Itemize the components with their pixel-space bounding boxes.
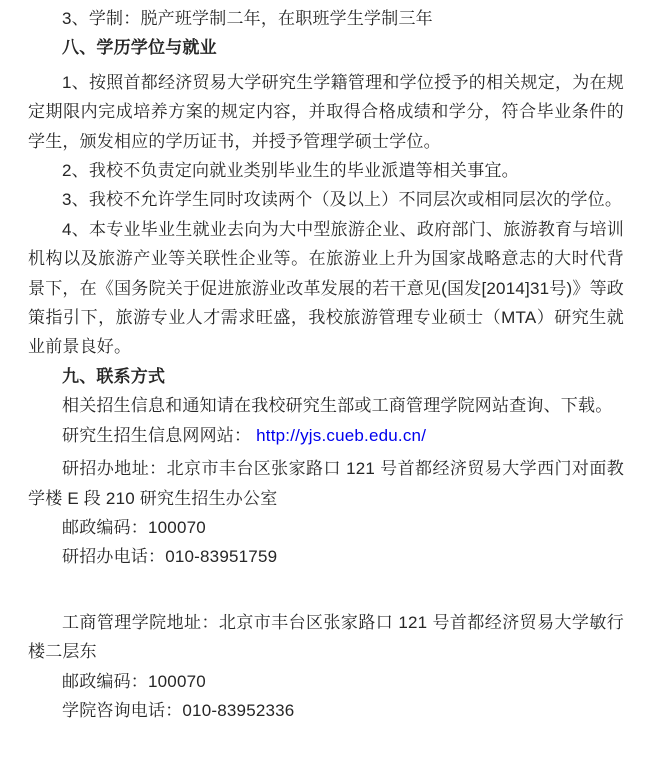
website-label: 研究生招生信息网网站： xyxy=(62,426,251,445)
paragraph-school-phone: 学院咨询电话：010-83952336 xyxy=(28,696,624,725)
study-system-paragraph: 3、学制：脱产班学制二年，在职班学生学制三年 xyxy=(28,4,624,33)
paragraph-admissions-office-address: 研招办地址：北京市丰台区张家路口 121 号首都经济贸易大学西门对面教学楼 E … xyxy=(28,454,624,513)
paragraph-postal-code-1: 邮政编码：100070 xyxy=(28,513,624,542)
website-line: 研究生招生信息网网站： http://yjs.cueb.edu.cn/ xyxy=(28,421,624,450)
paragraph-admissions-office-phone: 研招办电话：010-83951759 xyxy=(28,542,624,571)
section-heading-contact: 九、联系方式 xyxy=(28,362,624,391)
paragraph-business-school-address: 工商管理学院地址：北京市丰台区张家路口 121 号首都经济贸易大学敏行楼二层东 xyxy=(28,608,624,667)
paragraph-degree-rules: 1、按照首都经济贸易大学研究生学籍管理和学位授予的相关规定，为在规定期限内完成培… xyxy=(28,68,624,156)
paragraph-concurrent-degrees: 3、我校不允许学生同时攻读两个（及以上）不同层次或相同层次的学位。 xyxy=(28,185,624,214)
paragraph-targeted-employment: 2、我校不负责定向就业类别毕业生的毕业派遣等相关事宜。 xyxy=(28,156,624,185)
section-heading-education-degree-employment: 八、学历学位与就业 xyxy=(28,33,624,62)
paragraph-info-notice: 相关招生信息和通知请在我校研究生部或工商管理学院网站查询、下载。 xyxy=(28,391,624,420)
paragraph-employment-prospects: 4、本专业毕业生就业去向为大中型旅游企业、政府部门、旅游教育与培训机构以及旅游产… xyxy=(28,215,624,362)
paragraph-postal-code-2: 邮政编码：100070 xyxy=(28,667,624,696)
document-page: 3、学制：脱产班学制二年，在职班学生学制三年 八、学历学位与就业 1、按照首都经… xyxy=(0,0,650,759)
website-link[interactable]: http://yjs.cueb.edu.cn/ xyxy=(256,426,426,445)
